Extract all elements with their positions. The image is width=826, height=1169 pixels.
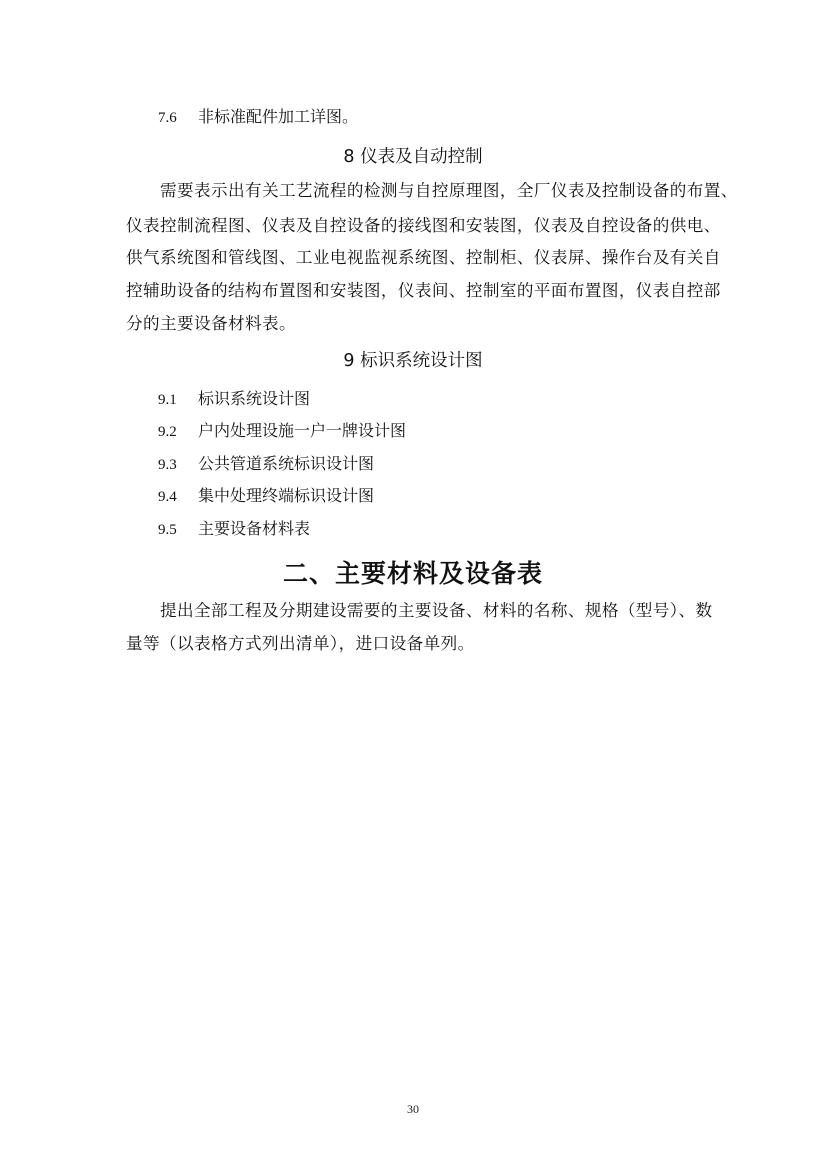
paragraph-line: 量等（以表格方式列出清单），进口设备单列。 [126,634,475,654]
list-item-9-4: 9.4集中处理终端标识设计图 [158,486,374,507]
list-item-9-5: 9.5主要设备材料表 [158,519,310,540]
section-heading-9: 9 标识系统设计图 [0,350,826,372]
paragraph-line: 供气系统图和管线图、工业电视监视系统图、控制柜、仪表屏、操作台及有关自 [126,248,721,268]
paragraph-line: 控辅助设备的结构布置图和安装图，仪表间、控制室的平面布置图，仪表自控部 [126,281,721,301]
paragraph-line: 提出全部工程及分期建设需要的主要设备、材料的名称、规格（型号）、数 [126,601,712,621]
document-page: 7.6非标准配件加工详图。 8 仪表及自动控制 需要表示出有关工艺流程的检测与自… [0,0,826,1169]
item-text: 主要设备材料表 [198,519,310,538]
item-text: 公共管道系统标识设计图 [198,454,374,473]
paragraph-line: 需要表示出有关工艺流程的检测与自控原理图，全厂仪表及控制设备的布置、 [126,181,738,201]
item-text: 户内处理设施一户一牌设计图 [198,421,406,440]
item-number: 9.5 [158,520,198,540]
list-item-9-2: 9.2户内处理设施一户一牌设计图 [158,421,406,442]
paragraph-line: 分的主要设备材料表。 [126,314,296,334]
list-item-7-6: 7.6非标准配件加工详图。 [158,107,358,128]
paragraph-line: 仪表控制流程图、仪表及自控设备的接线图和安装图，仪表及自控设备的供电、 [126,216,721,236]
item-text: 非标准配件加工详图。 [198,107,358,126]
item-number: 9.2 [158,422,198,442]
chapter-heading-2: 二、主要材料及设备表 [0,559,826,589]
item-number: 9.3 [158,455,198,475]
list-item-9-1: 9.1标识系统设计图 [158,389,310,410]
item-text: 标识系统设计图 [198,389,310,408]
item-number: 9.1 [158,390,198,410]
item-text: 集中处理终端标识设计图 [198,486,374,505]
section-heading-8: 8 仪表及自动控制 [0,146,826,168]
page-number: 30 [0,1102,826,1117]
list-item-9-3: 9.3公共管道系统标识设计图 [158,454,374,475]
item-number: 9.4 [158,487,198,507]
item-number: 7.6 [158,108,198,128]
